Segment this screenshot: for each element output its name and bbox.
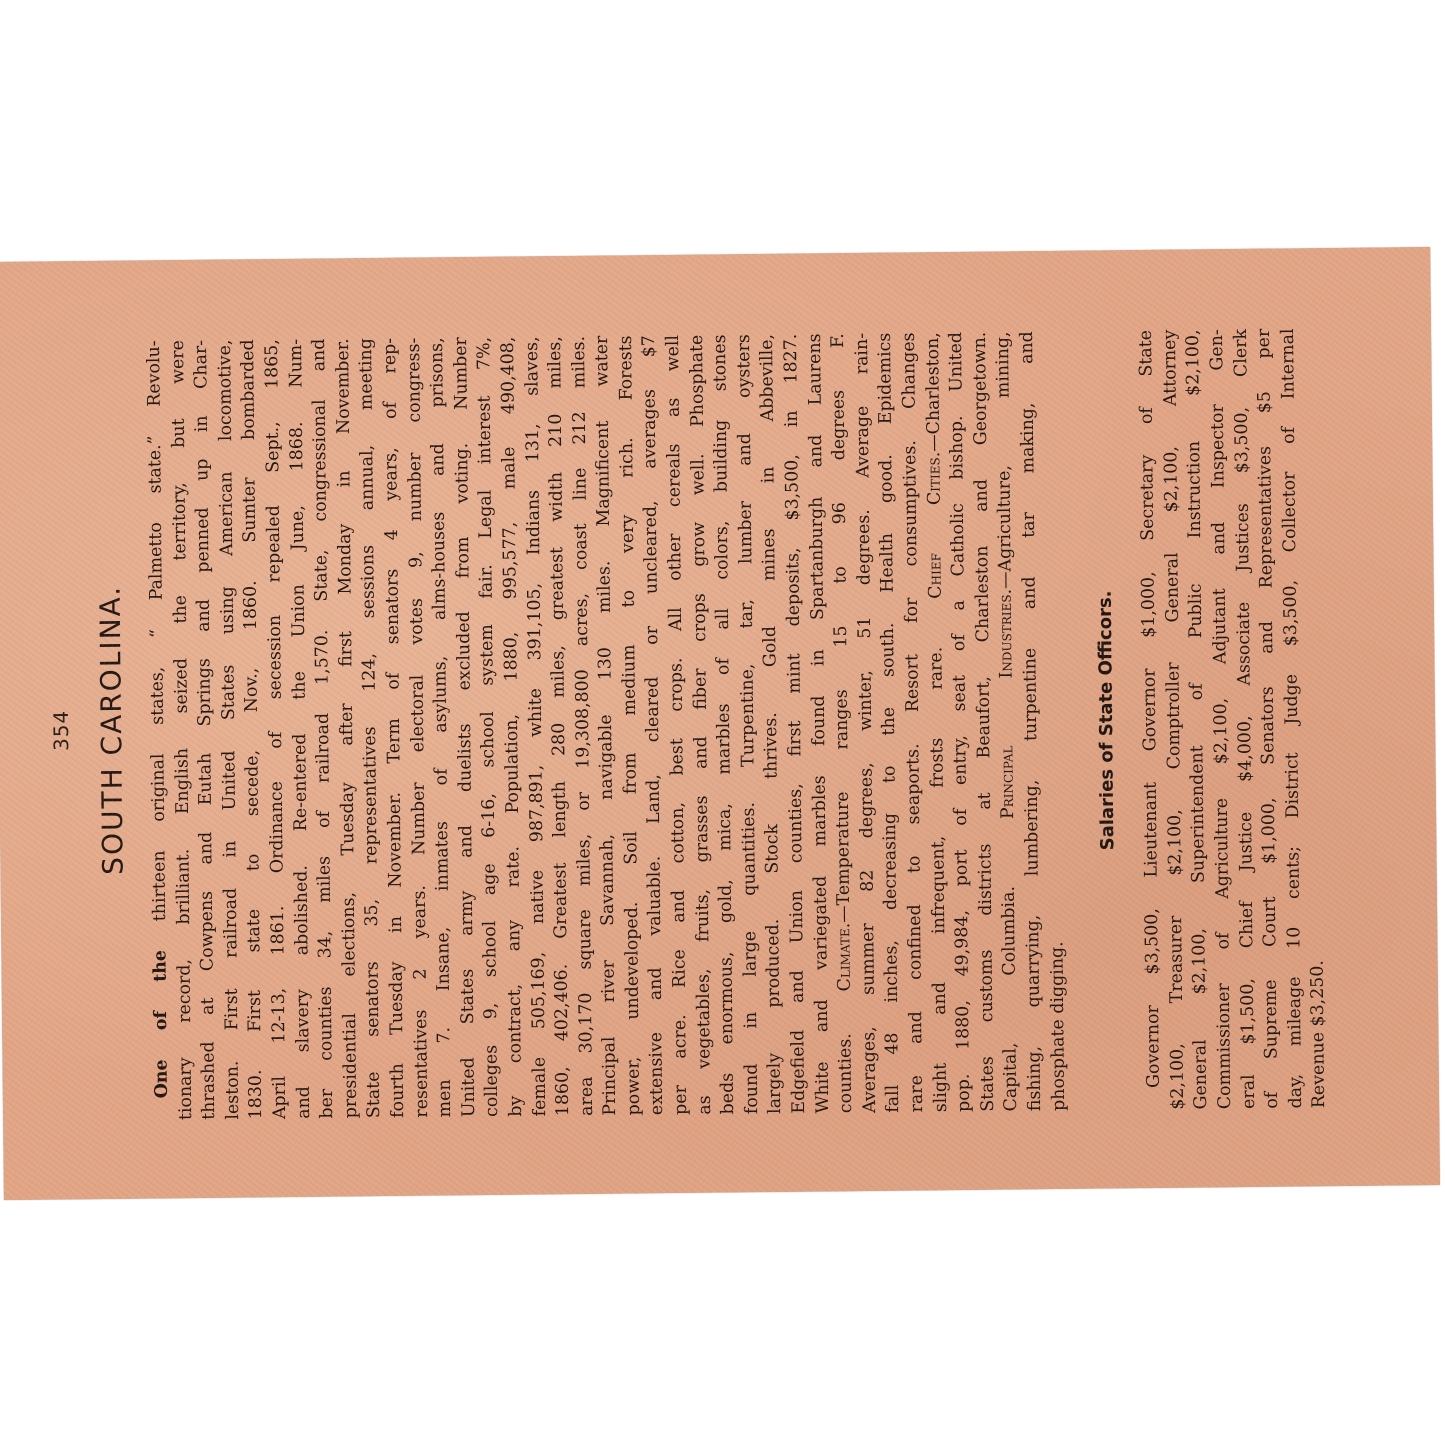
salaries-heading: Salaries of State Officors. bbox=[1091, 330, 1123, 1110]
page-number: 354 bbox=[44, 261, 78, 1199]
section-label: Climate bbox=[834, 928, 855, 991]
scanned-page: 354 SOUTH CAROLINA. One of the thirteen … bbox=[0, 247, 1440, 1200]
lead-text: One of the bbox=[150, 950, 172, 1098]
page-title: SOUTH CAROLINA. bbox=[90, 261, 133, 1199]
state-description: One of the thirteen original states, “ P… bbox=[143, 328, 1332, 1120]
page-content: 354 SOUTH CAROLINA. One of the thirteen … bbox=[0, 247, 1440, 1200]
body-lines: tionary record, brilliant. English seize… bbox=[167, 331, 1072, 1120]
salaries-paragraph: Governor $3,500, Lieutenant Governor $1,… bbox=[1135, 328, 1332, 1110]
section-label: Principal Industries bbox=[996, 594, 1018, 819]
section-label: Chief Cities bbox=[924, 457, 945, 599]
